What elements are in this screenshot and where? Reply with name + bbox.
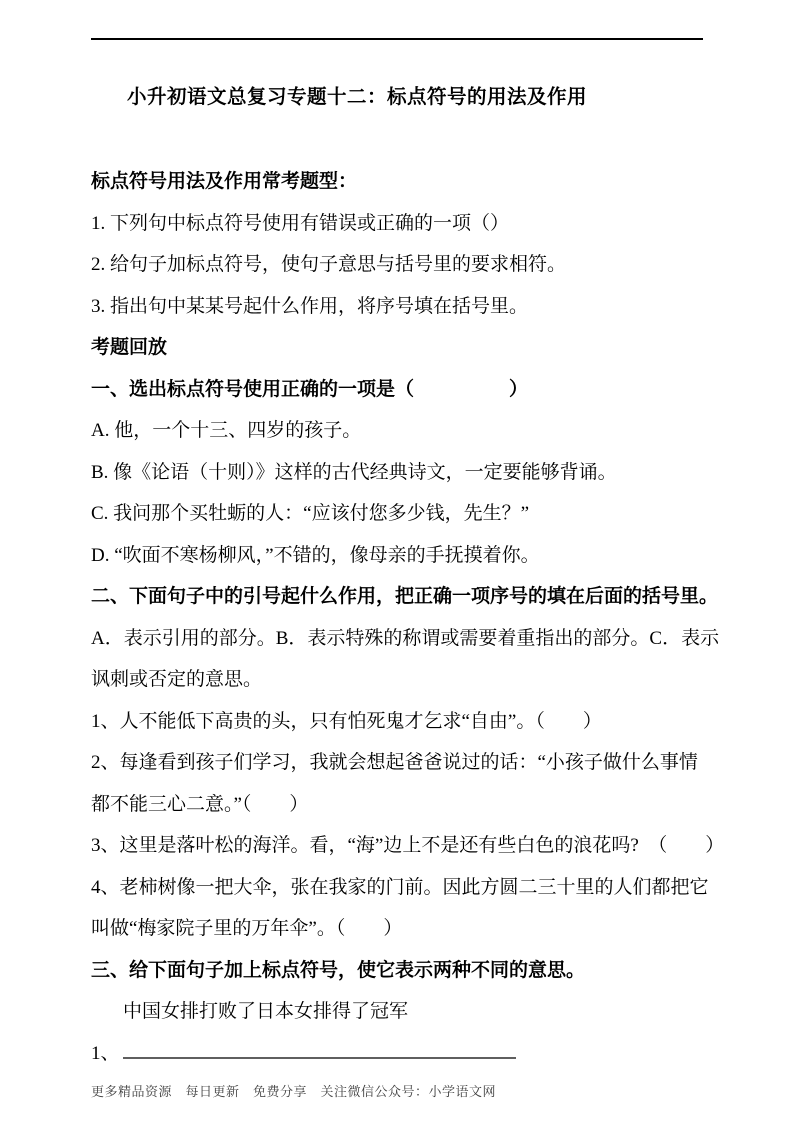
page-title: 小升初语文总复习专题十二：标点符号的用法及作用 <box>91 81 703 109</box>
line-text: 讽刺或否定的意思。 <box>91 669 262 690</box>
text-line: 都不能三心二意。”（ ） <box>91 784 703 826</box>
line-text: 叫做“梅家院子里的万年伞”。（ ） <box>91 918 402 939</box>
line-text: 中国女排打败了日本女排得了冠军 <box>123 1001 408 1022</box>
line-text: 3、这里是落叶松的海洋。看，“海”边上不是还有些白色的浪花吗? （ ） <box>91 835 724 856</box>
line-text: D. “吹面不寒杨柳风，”不错的，像母亲的手抚摸着你。 <box>91 545 540 566</box>
text-line: 2、每逢看到孩子们学习，我就会想起爸爸说过的话：“小孩子做什么事情 <box>91 742 703 784</box>
document-body: 标点符号用法及作用常考题型：1. 下列句中标点符号使用有错误或正确的一项（）2.… <box>91 161 703 1074</box>
text-line: 4、老柿树像一把大伞，张在我家的门前。因此方圆二三十里的人们都把它 <box>91 867 703 909</box>
line-text: 1、人不能低下高贵的头，只有怕死鬼才乞求“自由”。（ ） <box>91 711 602 732</box>
answer-blank <box>123 1038 516 1059</box>
page-footer: 更多精品资源 每日更新 免费分享 关注微信公众号：小学语文网 <box>91 1081 496 1100</box>
line-text: 考题回放 <box>91 337 167 358</box>
header-rule <box>91 38 703 40</box>
text-line: 1、 <box>91 1033 703 1075</box>
text-line: 讽刺或否定的意思。 <box>91 659 703 701</box>
text-line: 1. 下列句中标点符号使用有错误或正确的一项（） <box>91 203 703 245</box>
line-text: B. 像《论语（十则）》这样的古代经典诗文，一定要能够背诵。 <box>91 462 617 483</box>
heading-line: 二、下面句子中的引号起什么作用，把正确一项序号的填在后面的括号里。 <box>91 576 703 618</box>
line-text: 二、下面句子中的引号起什么作用，把正确一项序号的填在后面的括号里。 <box>91 586 718 607</box>
text-line: 3、这里是落叶松的海洋。看，“海”边上不是还有些白色的浪花吗? （ ） <box>91 825 703 867</box>
text-line: B. 像《论语（十则）》这样的古代经典诗文，一定要能够背诵。 <box>91 452 703 494</box>
text-line: A．表示引用的部分。B．表示特殊的称谓或需要着重指出的部分。C．表示 <box>91 618 703 660</box>
text-line: 叫做“梅家院子里的万年伞”。（ ） <box>91 908 703 950</box>
text-line: A. 他，一个十三、四岁的孩子。 <box>91 410 703 452</box>
text-line: D. “吹面不寒杨柳风，”不错的，像母亲的手抚摸着你。 <box>91 535 703 577</box>
line-text: 都不能三心二意。”（ ） <box>91 794 308 815</box>
heading-line: 三、给下面句子加上标点符号，使它表示两种不同的意思。 <box>91 950 703 992</box>
line-text: C. 我问那个买牡蛎的人：“应该付您多少钱，先生？” <box>91 503 529 524</box>
text-line: 中国女排打败了日本女排得了冠军 <box>91 991 703 1033</box>
line-text: 2、每逢看到孩子们学习，我就会想起爸爸说过的话：“小孩子做什么事情 <box>91 752 698 773</box>
line-text: 标点符号用法及作用常考题型： <box>91 171 357 192</box>
line-text: 一、选出标点符号使用正确的一项是（ ） <box>91 379 528 400</box>
line-text: 2. 给句子加标点符号，使句子意思与括号里的要求相符。 <box>91 254 566 275</box>
text-line: 2. 给句子加标点符号，使句子意思与括号里的要求相符。 <box>91 244 703 286</box>
line-text: 1. 下列句中标点符号使用有错误或正确的一项（） <box>91 213 509 234</box>
text-line: 3. 指出句中某某号起什么作用，将序号填在括号里。 <box>91 286 703 328</box>
line-text: 三、给下面句子加上标点符号，使它表示两种不同的意思。 <box>91 960 585 981</box>
line-text: A. 他，一个十三、四岁的孩子。 <box>91 420 361 441</box>
line-text: A．表示引用的部分。B．表示特殊的称谓或需要着重指出的部分。C．表示 <box>91 628 719 649</box>
heading-line: 一、选出标点符号使用正确的一项是（ ） <box>91 369 703 411</box>
line-text: 4、老柿树像一把大伞，张在我家的门前。因此方圆二三十里的人们都把它 <box>91 877 709 898</box>
text-line: 1、人不能低下高贵的头，只有怕死鬼才乞求“自由”。（ ） <box>91 701 703 743</box>
heading-line: 考题回放 <box>91 327 703 369</box>
heading-line: 标点符号用法及作用常考题型： <box>91 161 703 203</box>
line-text: 3. 指出句中某某号起什么作用，将序号填在括号里。 <box>91 296 528 317</box>
worksheet-page: 小升初语文总复习专题十二：标点符号的用法及作用 标点符号用法及作用常考题型：1.… <box>0 0 793 1122</box>
line-text: 1、 <box>91 1043 120 1064</box>
text-line: C. 我问那个买牡蛎的人：“应该付您多少钱，先生？” <box>91 493 703 535</box>
